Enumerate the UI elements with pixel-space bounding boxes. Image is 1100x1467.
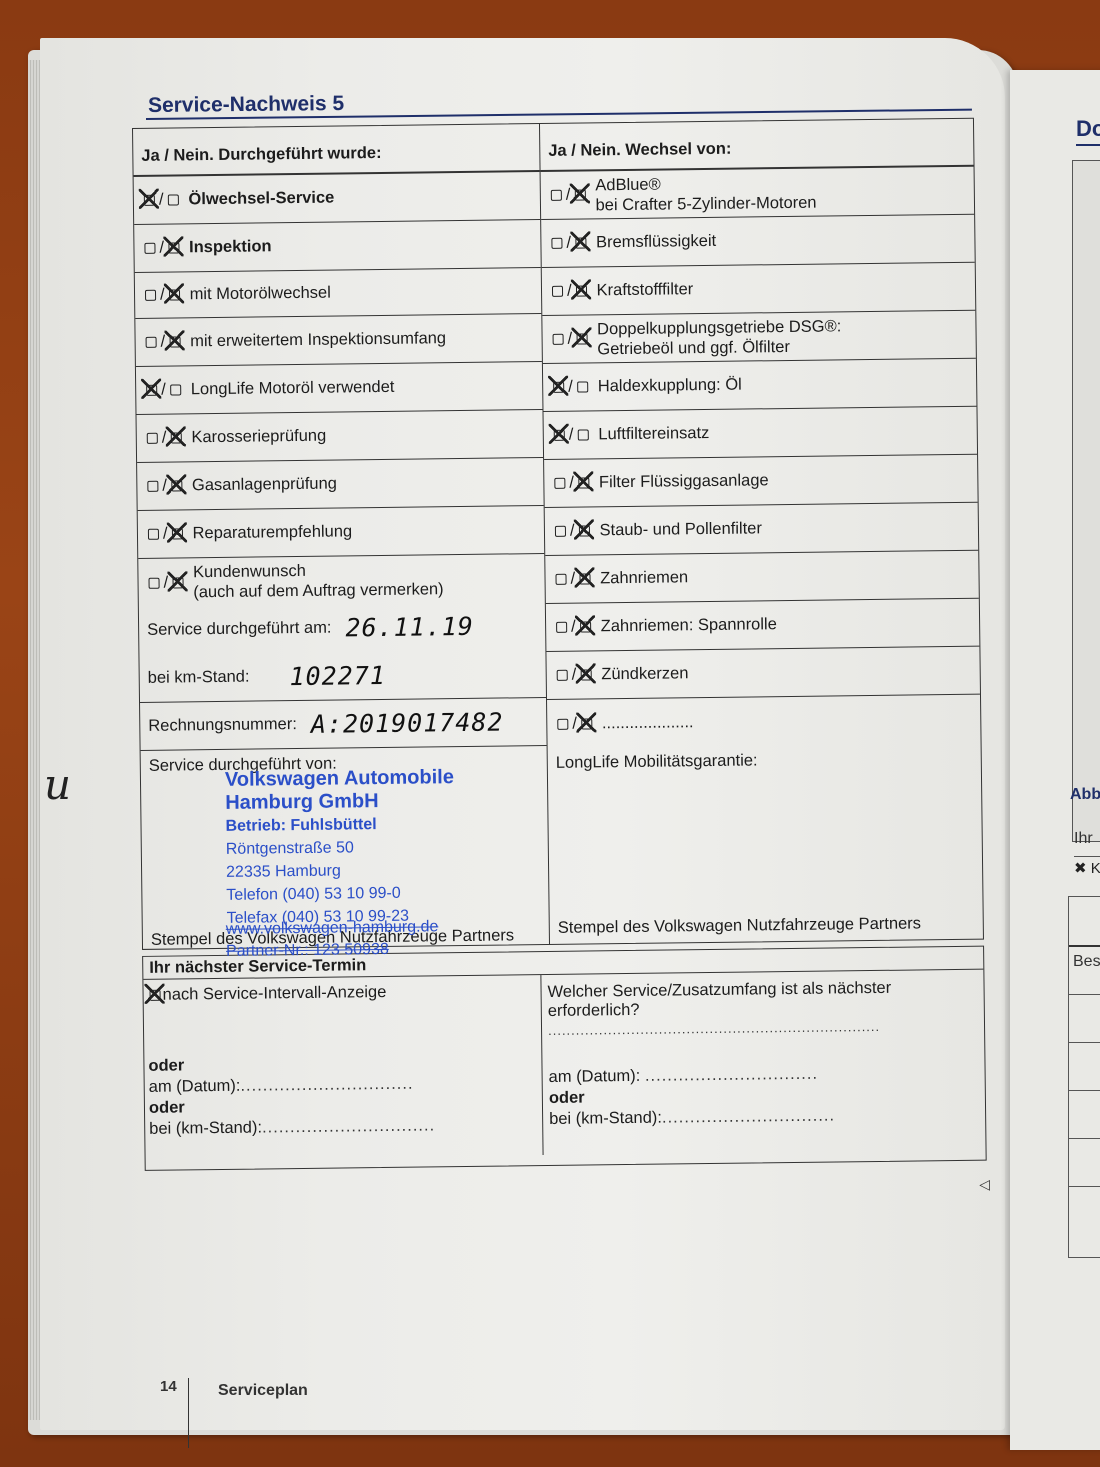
oder-2: oder	[149, 1094, 538, 1118]
dealer-stamp: Volkswagen Automobile Hamburg GmbH Betri…	[225, 766, 456, 930]
service-date-value[interactable]: 26.11.19	[345, 612, 474, 643]
yes-no-pair: /	[555, 665, 594, 684]
checklist-label: Kraftstofffilter	[597, 280, 694, 300]
next-service-section: Ihr nächster Service-Termin nach Service…	[142, 946, 987, 1171]
km-label: bei km-Stand:	[148, 667, 250, 687]
yes-no-pair: /	[549, 233, 588, 252]
checklist-label: mit erweitertem Inspektionsumfang	[190, 329, 446, 351]
replaced-column: Ja / Nein. Wechsel von: /AdBlue®bei Craf…	[540, 119, 983, 944]
oder-1: oder	[148, 1052, 537, 1076]
service-record-form: Ja / Nein. Durchgeführt wurde: /Ölwechse…	[132, 118, 987, 1171]
invoice-cell: Rechnungsnummer: A:2019017482	[140, 698, 547, 751]
facing-page-table-cell: Bes	[1069, 947, 1100, 995]
invoice-label: Rechnungsnummer:	[148, 715, 297, 736]
facing-page-caption: Abb	[1070, 786, 1100, 804]
yes-checkbox[interactable]	[557, 670, 568, 681]
no-checkbox[interactable]	[581, 718, 592, 729]
checklist-label: LongLife Motoröl verwendet	[191, 378, 395, 399]
checklist-label: AdBlue®bei Crafter 5-Zylinder-Motoren	[595, 172, 816, 215]
yes-no-pair: /	[142, 238, 181, 257]
checklist-label: Doppelkupplungsgetriebe DSG®:Getriebeöl …	[597, 316, 842, 359]
service-grid: Ja / Nein. Durchgeführt wurde: /Ölwechse…	[132, 118, 984, 950]
invoice-value[interactable]: A:2019017482	[311, 708, 504, 739]
checklist-row: /Karosserieprüfung	[137, 410, 544, 463]
checklist-label: Haldexkupplung: Öl	[598, 376, 742, 397]
yes-checkbox[interactable]	[555, 526, 566, 537]
yes-no-pair: /	[553, 569, 592, 588]
performed-column: Ja / Nein. Durchgeführt wurde: /Ölwechse…	[133, 124, 550, 949]
interval-label: nach Service-Intervall-Anzeige	[162, 983, 386, 1005]
oder-3: oder	[549, 1084, 979, 1108]
no-checkbox[interactable]	[170, 384, 181, 395]
yes-checkbox[interactable]	[554, 430, 565, 441]
performed-header: Ja / Nein. Durchgeführt wurde:	[133, 124, 540, 177]
checklist-row: /Luftfiltereinsatz	[544, 407, 978, 460]
yes-checkbox[interactable]	[553, 382, 564, 393]
yes-no-pair: /	[554, 617, 593, 636]
no-checkbox[interactable]	[168, 242, 179, 253]
checklist-row: /Kraftstofffilter	[542, 263, 976, 316]
checklist-row: /AdBlue®bei Crafter 5-Zylinder-Motoren	[541, 167, 975, 220]
checklist-row: /Bremsflüssigkeit	[541, 215, 975, 268]
separator: /	[569, 426, 574, 445]
next-km-field[interactable]: ...............................	[262, 1116, 435, 1136]
checklist-row: /Haldexkupplung: Öl	[543, 359, 977, 412]
checklist-row: /Zahnriemen	[545, 551, 979, 604]
separator: /	[568, 378, 573, 397]
yes-no-pair: /	[146, 524, 185, 543]
yes-no-pair: /	[552, 425, 591, 444]
yes-no-pair: /	[550, 329, 589, 348]
no-checkbox[interactable]	[578, 477, 589, 488]
checklist-row: /....................	[547, 695, 981, 748]
mobility-guarantee-label: LongLife Mobilitätsgarantie:	[556, 751, 758, 772]
no-checkbox[interactable]	[580, 621, 591, 632]
checklist-label: Staub- und Pollenfilter	[599, 519, 762, 540]
next-km-label-right: bei (km-Stand):	[549, 1109, 662, 1128]
facing-page-text: Ihr	[1074, 830, 1093, 848]
checklist-row: /Ölwechsel-Service	[134, 172, 541, 225]
yes-no-pair: /	[145, 428, 184, 447]
next-km-label: bei (km-Stand):	[149, 1118, 262, 1137]
yes-no-pair: /	[555, 714, 594, 733]
yes-checkbox[interactable]	[557, 718, 568, 729]
yes-checkbox[interactable]	[147, 433, 158, 444]
yes-checkbox[interactable]	[551, 238, 562, 249]
no-checkbox[interactable]	[170, 432, 181, 443]
yes-no-pair: /	[143, 285, 182, 304]
yes-checkbox[interactable]	[554, 478, 565, 489]
checklist-row: /Gasanlagenprüfung	[137, 458, 544, 511]
yes-no-pair: /	[550, 281, 589, 300]
yes-no-pair: /	[549, 185, 588, 204]
yes-checkbox[interactable]	[553, 334, 564, 345]
next-date-field[interactable]: ...............................	[240, 1075, 413, 1095]
no-checkbox[interactable]	[577, 381, 588, 392]
no-checkbox[interactable]	[580, 669, 591, 680]
checklist-label: Zahnriemen	[600, 568, 688, 588]
checklist-label: Zahnriemen: Spannrolle	[601, 615, 777, 636]
checklist-label: mit Motorölwechsel	[190, 284, 331, 305]
no-checkbox[interactable]	[578, 525, 589, 536]
next-date-label-right: am (Datum):	[549, 1067, 641, 1086]
page-title: Service-Nachweis 5	[148, 92, 344, 118]
checklist-row: /Zündkerzen	[546, 647, 980, 700]
checklist-row: /Reparaturempfehlung	[138, 506, 545, 559]
no-checkbox[interactable]	[169, 289, 180, 300]
section-label: Serviceplan	[218, 1382, 308, 1400]
checklist-row: /Kundenwunsch(auch auf dem Auftrag verme…	[138, 554, 545, 607]
checklist-label: Inspektion	[189, 237, 272, 257]
checklist-row: /Zahnriemen: Spannrolle	[546, 599, 980, 652]
yes-checkbox[interactable]	[148, 577, 159, 588]
yes-no-pair: /	[551, 377, 590, 396]
checklist-label: Reparaturempfehlung	[192, 522, 352, 543]
no-checkbox[interactable]	[167, 194, 178, 205]
checklist-label: Filter Flüssiggasanlage	[599, 471, 769, 492]
next-date-label: am (Datum):	[149, 1077, 241, 1096]
no-checkbox[interactable]	[576, 285, 587, 296]
yes-checkbox[interactable]	[555, 574, 566, 585]
yes-checkbox[interactable]	[146, 337, 157, 348]
next-km-field-right[interactable]: ...............................	[662, 1106, 835, 1126]
checklist-row: /Filter Flüssiggasanlage	[544, 455, 978, 508]
yes-checkbox[interactable]	[146, 385, 157, 396]
separator: /	[161, 381, 166, 400]
checklist-label: Luftfiltereinsatz	[598, 424, 709, 444]
continue-arrow-icon: ◁	[979, 1176, 990, 1193]
no-checkbox[interactable]	[171, 528, 182, 539]
yes-checkbox[interactable]	[144, 243, 155, 254]
no-checkbox[interactable]	[574, 189, 585, 200]
stamp-overflow: www.volkswagen-hamburg.de Partner-Nr.: 1…	[226, 910, 984, 963]
no-checkbox[interactable]	[576, 333, 587, 344]
yes-no-pair: /	[144, 380, 183, 399]
checklist-label: Karosserieprüfung	[191, 427, 326, 448]
next-date-field-right[interactable]: ...............................	[645, 1065, 818, 1085]
checklist-label: Gasanlagenprüfung	[192, 475, 337, 496]
km-value[interactable]: 102271	[289, 661, 386, 691]
checklist-row: /Inspektion	[134, 220, 541, 273]
checklist-label: Ölwechsel-Service	[188, 189, 334, 210]
checklist-row: /Doppelkupplungsgetriebe DSG®:Getriebeöl…	[542, 311, 976, 364]
yes-no-pair: /	[552, 473, 591, 492]
yes-no-pair: /	[145, 476, 184, 495]
yes-checkbox[interactable]	[552, 286, 563, 297]
no-checkbox[interactable]	[575, 237, 586, 248]
separator: /	[159, 191, 164, 210]
checklist-label: Bremsflüssigkeit	[596, 232, 716, 252]
next-service-question: Welcher Service/Zusatzumfang ist als näc…	[547, 978, 977, 1021]
facing-page-rule	[1076, 144, 1100, 146]
no-checkbox[interactable]	[172, 577, 183, 588]
page-number: 14	[160, 1378, 177, 1395]
checklist-row: /mit Motorölwechsel	[135, 268, 542, 319]
facing-page-title: Do	[1076, 116, 1100, 142]
service-date-km-cell: Service durchgeführt am: 26.11.19 bei km…	[139, 602, 546, 703]
replaced-header: Ja / Nein. Wechsel von:	[540, 119, 974, 172]
checklist-label: Kundenwunsch(auch auf dem Auftrag vermer…	[193, 559, 444, 602]
yes-checkbox[interactable]	[145, 290, 156, 301]
interval-checkbox[interactable]	[150, 990, 161, 1001]
checklist-row: /mit erweitertem Inspektionsumfang	[135, 314, 542, 367]
yes-checkbox[interactable]	[144, 195, 155, 206]
yes-no-pair: /	[144, 332, 183, 351]
facing-page: Do Abb Ihr ✖ K Bes	[1010, 70, 1100, 1450]
yes-checkbox[interactable]	[551, 190, 562, 201]
next-service-left: nach Service-Intervall-Anzeige oder am (…	[143, 975, 543, 1160]
no-checkbox[interactable]	[169, 336, 180, 347]
next-service-right: Welcher Service/Zusatzumfang ist als näc…	[541, 970, 985, 1165]
checklist-label: Zündkerzen	[601, 664, 688, 684]
no-checkbox[interactable]	[171, 480, 182, 491]
facing-page-illustration	[1072, 160, 1100, 842]
no-checkbox[interactable]	[577, 429, 588, 440]
yes-checkbox[interactable]	[556, 622, 567, 633]
no-checkbox[interactable]	[579, 573, 590, 584]
footer-divider	[188, 1378, 189, 1448]
service-date-label: Service durchgeführt am:	[147, 619, 332, 640]
facing-page-bullet: ✖ K	[1074, 856, 1100, 877]
yes-no-pair: /	[142, 190, 181, 209]
checklist-row: /Staub- und Pollenfilter	[545, 503, 979, 556]
yes-no-pair: /	[146, 573, 185, 592]
yes-no-pair: /	[553, 521, 592, 540]
checklist-row: /LongLife Motoröl verwendet	[136, 362, 543, 415]
facing-page-table: Bes	[1068, 896, 1100, 1258]
yes-checkbox[interactable]	[147, 481, 158, 492]
yes-checkbox[interactable]	[148, 529, 159, 540]
signature-mark: u	[44, 760, 71, 809]
checklist-label: ....................	[602, 713, 694, 733]
